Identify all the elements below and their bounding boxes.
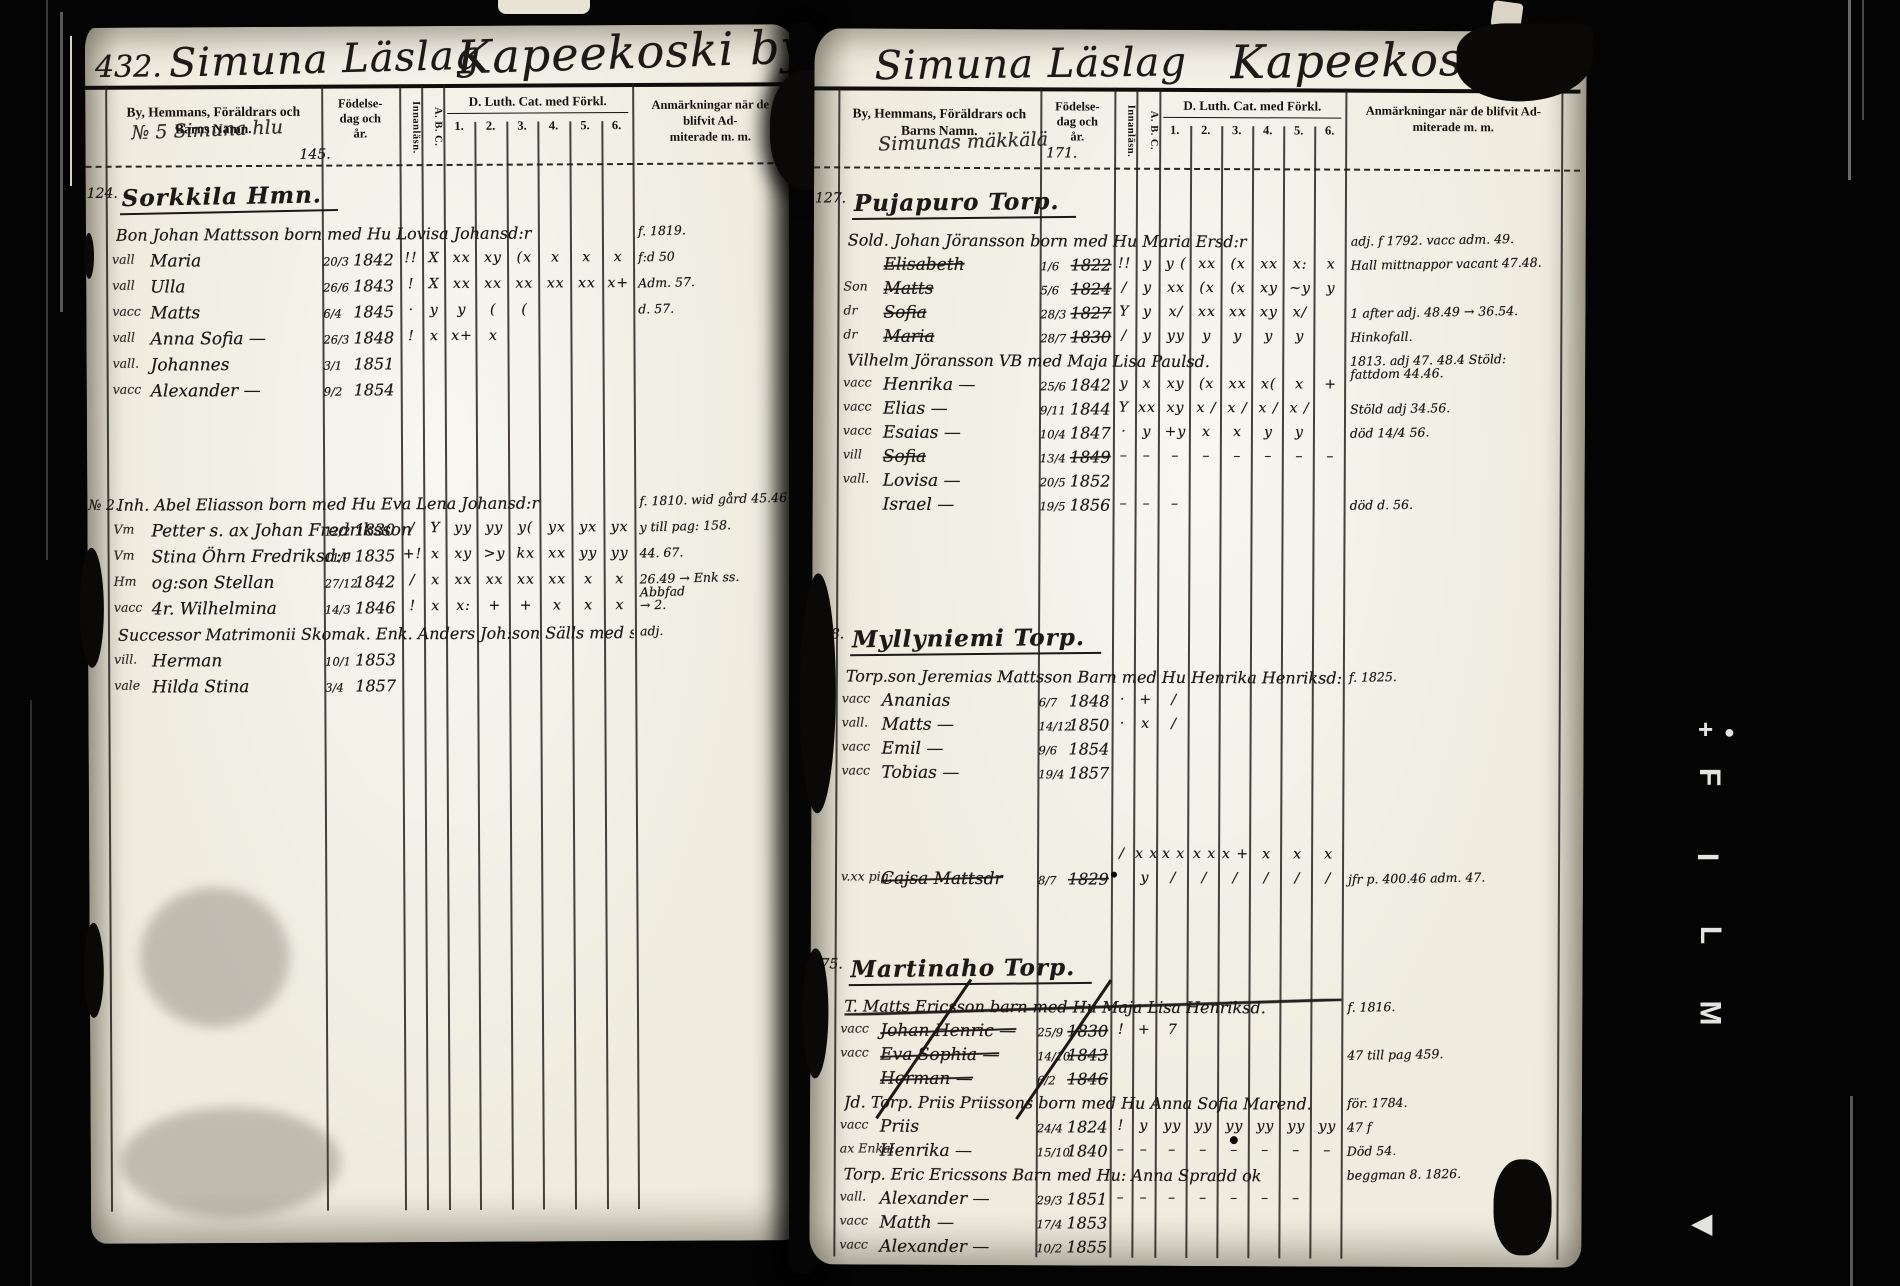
person-name: Matts —: [882, 715, 954, 735]
ink-blot: [84, 923, 104, 1018]
cat-mark-4: /: [1251, 870, 1282, 886]
abc-mark: y: [1138, 280, 1158, 296]
abc-mark: +: [1136, 692, 1156, 708]
family-span: Successor Matrimonii Skomak. Enk. Anders…: [118, 623, 634, 645]
birth-date: 9/6: [1039, 743, 1058, 757]
person-name: Ananias: [882, 691, 951, 711]
birth-year: 1847: [1070, 423, 1111, 442]
row-note: y till pag: 158.: [639, 517, 787, 534]
records-area: 127.Pujapuro Torp.Sold. Johan Jöransson …: [809, 28, 1586, 1267]
family-block: 175.Martinaho Torp.T. Matts Ericsson bar…: [811, 954, 1583, 957]
cat-mark-4: xy: [1253, 304, 1284, 320]
birth-year: 1830: [354, 520, 395, 539]
person-name: Cajsa Mattsdr: [881, 869, 1003, 890]
cat-mark-6: –: [1312, 1143, 1343, 1159]
cat-mark-3: y(: [510, 519, 541, 535]
birth-date: 9/11: [1040, 403, 1066, 417]
birth-year: 1844: [1070, 399, 1111, 418]
cat-mark-2: (x: [1191, 376, 1222, 392]
person-row: Hmog:son Stellan27/121842/xxxxxxxxxxx26.…: [88, 570, 802, 600]
person-name: Emil —: [882, 739, 944, 759]
birth-year: 1855: [1066, 1237, 1107, 1256]
village-heading: Sorkkila Hmn.: [119, 181, 338, 215]
row-note: f. 1810. wid gård 45.46: [639, 491, 787, 508]
reading-mark: –: [1114, 448, 1134, 464]
family-span-row: Vilhelm Jöransson VB med Maja Lisa Pauls…: [813, 350, 1585, 377]
cat-mark-3: kx: [510, 545, 541, 561]
abc-mark: –: [1134, 1190, 1154, 1206]
cat-mark-1: xy: [1160, 376, 1191, 392]
birth-year: 1827: [1070, 303, 1111, 322]
person-row: vall.Johannes3/11851: [87, 352, 801, 382]
row-note: för. 1784.: [1347, 1093, 1552, 1109]
cat-mark-4: x: [540, 249, 571, 265]
person-name: Herman —: [880, 1069, 973, 1089]
birth-year: 1852: [1070, 471, 1111, 490]
person-name: Lovisa —: [883, 471, 961, 491]
birth-year: 1845: [353, 302, 394, 321]
row-label: Hm: [114, 574, 137, 589]
person-name: Matts: [150, 303, 200, 323]
cat-mark-3: –: [1222, 448, 1253, 464]
cat-mark-1: 7: [1157, 1022, 1188, 1038]
cat-mark-3: –: [1219, 1142, 1250, 1158]
cat-mark-3: xx: [1222, 304, 1253, 320]
row-label: vacc: [842, 690, 871, 705]
family-block: 128.Myllyniemi Torp.Torp.son Jeremias Ma…: [812, 624, 1584, 627]
birth-date: 19/4: [1038, 767, 1064, 781]
family-span: Torp. Eric Ericssons Barn med Hu: Anna S…: [844, 1164, 1341, 1185]
film-edge-streak: [30, 700, 32, 1286]
row-label: vacc: [113, 382, 142, 397]
cat-mark-1: x/: [1160, 304, 1191, 320]
person-row: vaccAnanias6/71848·+/: [812, 690, 1584, 717]
birth-date: 13/4: [1040, 451, 1066, 465]
reading-mark: /: [403, 572, 423, 588]
person-row: vaccMatts6/41845·yy((d. 57.: [86, 300, 800, 330]
cat-mark-5: x:: [1285, 256, 1316, 272]
cat-mark-2: x: [478, 328, 509, 344]
reading-mark: !: [403, 598, 423, 614]
cat-mark-4: x: [1251, 846, 1282, 862]
row-note: 44. 67.: [639, 543, 787, 560]
cat-mark-2: xx: [1191, 304, 1222, 320]
person-row: SonMatts5/61824/yxx(x(xxy~yy: [814, 278, 1586, 305]
cat-mark-5: x: [1282, 846, 1313, 862]
reading-mark: !!: [401, 250, 421, 266]
reading-mark: /: [1112, 846, 1132, 862]
row-note: 47 f: [1347, 1117, 1552, 1133]
person-row: /x xx xx xx +xxx: [811, 844, 1583, 871]
row-label: dr: [843, 302, 857, 317]
birth-year: 1849: [1070, 447, 1111, 466]
cat-mark-5: –: [1284, 448, 1315, 464]
birth-year: 1846: [1067, 1069, 1108, 1088]
person-name: Alexander —: [151, 381, 261, 402]
birth-date: 27/12: [325, 576, 358, 590]
cat-mark-1: –: [1157, 1142, 1188, 1158]
row-label: vacc: [114, 600, 143, 615]
row-label: vacc: [843, 422, 872, 437]
row-note: 26.49 → Enk ss. Abbfad: [639, 569, 788, 599]
cat-mark-6: y: [1316, 281, 1347, 297]
row-note: 1 after adj. 48.49 → 36.54.: [1350, 303, 1555, 319]
cat-mark-1: yy: [1157, 1118, 1188, 1134]
abc-mark: Y: [425, 520, 445, 536]
film-edge-streak: [46, 0, 48, 560]
person-name: Maria: [883, 327, 934, 347]
birth-date: 3/1: [324, 359, 343, 373]
family-span: Sold. Johan Jöransson born med Hu Maria …: [848, 230, 1345, 251]
reading-mark: –: [1114, 496, 1134, 512]
cat-mark-1: xy: [1160, 400, 1191, 416]
birth-date: 6/4: [323, 307, 342, 321]
cat-mark-4: xx: [541, 545, 572, 561]
family-block: 124.Sorkkila Hmn.Bon Johan Mattsson born…: [86, 180, 800, 184]
family-span: Jd. Torp. Priis Priissons born med Hu An…: [844, 1092, 1341, 1113]
birth-date: 14/3: [325, 602, 351, 616]
cat-mark-3: x +: [1220, 846, 1251, 862]
family-span-row: Torp.son Jeremias Mattsson Barn med Hu H…: [812, 666, 1584, 693]
reading-mark: –: [1111, 1190, 1131, 1206]
person-row: Israel —19/51856–––död d. 56.: [813, 494, 1585, 521]
birth-date: 1/6: [1041, 259, 1060, 273]
birth-date: 11/9: [325, 550, 351, 564]
person-row: vacc4r. Wilhelmina14/31846!xx:++xxx→ 2.: [88, 596, 802, 626]
birth-year: 1848: [1069, 691, 1110, 710]
person-row: VmPetter s. ax Johan Fredriksson12/21830…: [87, 518, 801, 548]
cat-mark-3: (: [509, 301, 540, 317]
cat-mark-1: yy: [447, 520, 478, 536]
person-row: vall.Matts —14/121850·x/: [812, 714, 1584, 741]
abc-mark: y: [424, 302, 444, 318]
family-span: Bon Johan Mattsson born med Hu Lovisa Jo…: [116, 223, 632, 245]
row-label: vale: [114, 678, 140, 693]
birth-year: 1850: [1069, 715, 1110, 734]
birth-date: 29/3: [1037, 1193, 1063, 1207]
reading-mark: ·: [1114, 424, 1134, 440]
row-label: vacc: [840, 1044, 869, 1059]
person-name: og:son Stellan: [152, 573, 275, 594]
abc-mark: x: [426, 598, 446, 614]
cat-mark-1: –: [1157, 1190, 1188, 1206]
cat-mark-5: yx: [573, 519, 604, 535]
row-note: f. 1819.: [638, 221, 786, 238]
row-note: 47 till pag 459.: [1347, 1045, 1552, 1061]
film-edge-streak: [1848, 0, 1851, 180]
cat-mark-2: >y: [479, 546, 510, 562]
reading-mark: /: [1114, 328, 1134, 344]
person-row: vaccHenrika —25/61842yxxy(xxxx(x+: [813, 374, 1585, 401]
person-row: drSofia28/31827Yyx/xxxxxyx/1 after adj. …: [813, 302, 1585, 329]
birth-year: 1854: [354, 380, 395, 399]
person-row: v.xx pig:Cajsa Mattsdr8/71829y//////jfr …: [811, 868, 1583, 895]
family-span: Torp.son Jeremias Mattsson Barn med Hu H…: [846, 666, 1343, 687]
birth-date: 9/2: [324, 385, 343, 399]
family-span-row: T. Matts Ericsson barn med Hu Maja Lisa …: [810, 996, 1582, 1023]
abc-mark: y: [1137, 424, 1157, 440]
person-name: Eva Sophia —: [880, 1045, 999, 1066]
row-note: död d. 56.: [1350, 495, 1555, 511]
film-edge-streak: [1862, 0, 1864, 120]
family-span-row: Bon Johan Mattsson born med Hu Lovisa Jo…: [86, 222, 800, 252]
birth-date: 25/6: [1040, 379, 1066, 393]
cat-mark-1: x x: [1158, 846, 1189, 862]
cat-mark-4: xy: [1254, 280, 1285, 296]
birth-year: 1851: [1067, 1189, 1108, 1208]
person-name: 4r. Wilhelmina: [152, 599, 277, 620]
row-note: d. 57.: [638, 299, 786, 316]
birth-year: 1842: [355, 572, 396, 591]
person-name: Alexander —: [879, 1237, 989, 1257]
reading-mark: –: [1111, 1142, 1131, 1158]
cat-mark-1: xx: [1161, 280, 1192, 296]
family-span-row: Torp. Eric Ericssons Barn med Hu: Anna S…: [810, 1164, 1582, 1191]
birth-year: 1842: [1070, 375, 1111, 394]
book-page-right: Simuna Läslag Kapeekoski by 433. By, Hem…: [809, 28, 1586, 1267]
person-row: vaccPriis24/41824!yyyyyyyyyyyyy47 f: [810, 1116, 1582, 1143]
cat-mark-5: x /: [1284, 400, 1315, 416]
page-sliver: [498, 0, 590, 14]
cat-mark-2: y: [1191, 328, 1222, 344]
cat-mark-6: x: [604, 597, 635, 613]
cat-mark-6: –: [1315, 449, 1346, 465]
cat-mark-3: x /: [1222, 400, 1253, 416]
cat-mark-4: x(: [1253, 376, 1284, 392]
person-name: Hilda Stina: [152, 677, 249, 698]
cat-mark-5: x/: [1284, 304, 1315, 320]
person-row: vaccAlexander —10/21855: [809, 1236, 1581, 1263]
film-letter-L: L: [1693, 926, 1727, 944]
person-row: vallAnna Sofia —26/31848!xx+x: [86, 326, 800, 356]
cat-mark-2: –: [1191, 448, 1222, 464]
row-label: vacc: [843, 398, 872, 413]
cat-mark-3: xx: [1222, 376, 1253, 392]
cat-mark-2: /: [1189, 870, 1220, 886]
person-row: vaccEmil —9/61854: [811, 738, 1583, 765]
cat-mark-2: x x: [1189, 846, 1220, 862]
person-name: Elisabeth: [884, 255, 965, 275]
person-name: Tobias —: [881, 763, 959, 783]
cat-mark-2: (x: [1192, 280, 1223, 296]
cat-mark-6: x: [1313, 847, 1344, 863]
ink-blot: [1493, 1159, 1551, 1255]
abc-mark: y: [1137, 328, 1157, 344]
abc-mark: +: [1134, 1022, 1154, 1038]
row-label: Son: [844, 278, 868, 293]
cat-mark-3: yy: [1219, 1118, 1250, 1134]
cat-mark-2: –: [1188, 1190, 1219, 1206]
birth-year: 1829: [1068, 869, 1109, 888]
person-name: Johannes: [151, 355, 230, 375]
birth-date: 19/5: [1040, 499, 1066, 513]
reading-mark: ·: [401, 302, 421, 318]
birth-date: 10/4: [1040, 427, 1066, 441]
cat-mark-4: –: [1250, 1142, 1281, 1158]
cat-mark-6: x: [602, 249, 633, 265]
cat-mark-5: y: [1284, 424, 1315, 440]
row-note: Stöld adj 34.56.: [1350, 399, 1555, 415]
film-edge-streak: [1850, 1096, 1853, 1286]
reading-mark: /: [1115, 280, 1135, 296]
cat-mark-6: yy: [604, 545, 635, 561]
margin-number: 127.: [815, 190, 846, 206]
birth-year: 1853: [355, 650, 396, 669]
family-span-row: Sold. Johan Jöransson born med Hu Maria …: [814, 230, 1586, 257]
cat-mark-4: x: [542, 597, 573, 613]
birth-date: 17/4: [1036, 1217, 1062, 1231]
row-label: vill: [843, 446, 862, 461]
film-dot-mark: ●: [1724, 722, 1735, 743]
cat-mark-1: +y: [1160, 424, 1191, 440]
cat-mark-5: x: [573, 571, 604, 587]
cat-mark-2: (: [478, 302, 509, 318]
cat-mark-2: yy: [1188, 1118, 1219, 1134]
row-label: vall: [112, 330, 135, 345]
ink-spot: [1111, 872, 1117, 878]
family-block: /x xx xx xx +xxxv.xx pig:Cajsa Mattsdr8/…: [811, 844, 1583, 847]
cat-mark-3: xx: [509, 275, 540, 291]
birth-date: 25/9: [1037, 1025, 1063, 1039]
row-label: Vm: [114, 548, 135, 563]
cat-mark-5: x: [571, 249, 602, 265]
cat-mark-1: /: [1159, 716, 1190, 732]
row-note: Död 54.: [1347, 1141, 1552, 1157]
person-name: Priis: [880, 1117, 919, 1137]
abc-mark: X: [424, 250, 444, 266]
cat-mark-1: xx: [446, 276, 477, 292]
cat-mark-6: yy: [1312, 1119, 1343, 1135]
cat-mark-2: +: [479, 598, 510, 614]
cat-mark-2: xx: [477, 276, 508, 292]
reading-mark: !: [401, 328, 421, 344]
row-label: vill.: [114, 652, 137, 667]
cat-mark-5: x: [573, 597, 604, 613]
cat-mark-1: yy: [1160, 328, 1191, 344]
cat-mark-6: x: [1316, 257, 1347, 273]
row-note: f. 1816.: [1347, 997, 1552, 1013]
abc-mark: x x: [1135, 846, 1155, 862]
cat-mark-1: /: [1159, 692, 1190, 708]
abc-mark: x: [1136, 716, 1156, 732]
person-name: Israel —: [883, 495, 955, 515]
person-row: vaccElias —9/111844Yxxxyx /x /x /x /Stöl…: [813, 398, 1585, 425]
row-note: adj. f 1792. vacc adm. 49.: [1351, 231, 1556, 247]
birth-date: 15/10: [1037, 1145, 1070, 1159]
row-note: → 2.: [640, 595, 788, 612]
reading-mark: !: [1111, 1118, 1131, 1134]
cat-mark-3: xx: [510, 571, 541, 587]
abc-mark: x: [426, 572, 446, 588]
cat-mark-3: (x: [1223, 280, 1254, 296]
person-name: Anna Sofia —: [150, 329, 266, 350]
person-row: drMaria28/71830/yyyyyyyHinkofall.: [813, 326, 1585, 353]
birth-year: 1824: [1067, 1117, 1108, 1136]
reading-mark: !: [1111, 1022, 1131, 1038]
abc-mark: x: [426, 546, 446, 562]
person-row: ax Enka:Henrika —15/101840––––––––Död 54…: [810, 1140, 1582, 1167]
abc-mark: x: [1137, 376, 1157, 392]
birth-date: 20/3: [323, 254, 349, 268]
family-span: Inh. Abel Eliasson born med Hu Eva Lena …: [117, 493, 633, 515]
person-row: Herman —6/21846: [810, 1068, 1582, 1095]
birth-year: 1846: [355, 598, 396, 617]
row-label: vacc: [839, 1212, 868, 1227]
person-name: Henrika —: [883, 375, 975, 395]
abc-mark: xx: [1137, 400, 1157, 416]
person-row: villSofia13/41849––––––––: [813, 446, 1585, 473]
book-page-left: 432. Simuna Läslag Kapeekoski by By, Hem…: [85, 24, 805, 1244]
person-name: Matts: [884, 279, 934, 299]
row-note: Hall mittnappor vacant 47.48.: [1351, 255, 1556, 271]
cat-mark-5: y: [1284, 328, 1315, 344]
cat-mark-4: yx: [541, 519, 572, 535]
row-note: död 14/4 56.: [1350, 423, 1555, 439]
cat-mark-5: xx: [571, 275, 602, 291]
film-letter-I: I: [1690, 853, 1724, 861]
cat-mark-4: –: [1250, 1190, 1281, 1206]
row-label: vall.: [843, 470, 870, 485]
cat-mark-6: yx: [604, 519, 635, 535]
abc-mark: y: [1137, 304, 1157, 320]
film-letter-F: F: [1692, 768, 1726, 786]
birth-year: 1851: [354, 354, 395, 373]
film-edge-streak: [70, 36, 72, 186]
cat-mark-4: y: [1253, 328, 1284, 344]
cat-mark-1: xx: [446, 250, 477, 266]
person-row: vaccAlexander —9/21854: [87, 378, 801, 408]
birth-date: 28/3: [1040, 307, 1066, 321]
person-name: Alexander —: [880, 1189, 990, 1209]
birth-year: 1830: [1070, 327, 1111, 346]
row-label: vacc: [112, 304, 141, 319]
row-label: vall: [112, 252, 135, 267]
cat-mark-3: +: [510, 597, 541, 613]
reading-mark: !: [401, 276, 421, 292]
person-name: Sofia: [883, 303, 926, 323]
birth-year: 1857: [355, 676, 396, 695]
family-span: Vilhelm Jöransson VB med Maja Lisa Pauls…: [847, 350, 1344, 371]
film-plus-mark: +: [1698, 714, 1713, 745]
film-letter-M: M: [1693, 1001, 1727, 1026]
birth-year: 1856: [1070, 495, 1111, 514]
microfilm-scan: 432. Simuna Läslag Kapeekoski by By, Hem…: [0, 0, 1900, 1286]
cat-mark-1: –: [1160, 448, 1191, 464]
birth-date: 14/12: [1039, 719, 1072, 733]
row-note: jfr p. 400.46 adm. 47.: [1348, 869, 1553, 885]
person-name: Maria: [150, 251, 201, 271]
cat-mark-1: x+: [446, 328, 477, 344]
cat-mark-5: ~y: [1285, 280, 1316, 296]
ink-blot: [84, 233, 94, 279]
cat-mark-3: x: [1222, 424, 1253, 440]
birth-date: 28/7: [1040, 331, 1066, 345]
abc-mark: –: [1134, 1142, 1154, 1158]
row-note: Adm. 57.: [638, 273, 786, 290]
film-edge-streak: [60, 12, 63, 312]
cat-mark-6: +: [1315, 377, 1346, 393]
row-label: vacc: [840, 1116, 869, 1131]
person-row: vaccTobias —19/41857: [811, 762, 1583, 789]
birth-year: 1857: [1068, 763, 1109, 782]
person-row: vaccEva Sophia —14/10184347 till pag 459…: [810, 1044, 1582, 1071]
cat-mark-5: –: [1281, 1190, 1312, 1206]
margin-number: 124.: [87, 186, 118, 202]
row-label: vall.: [113, 356, 140, 371]
cat-mark-1: /: [1158, 870, 1189, 886]
birth-date: 20/5: [1040, 475, 1066, 489]
birth-year: 1843: [353, 276, 394, 295]
